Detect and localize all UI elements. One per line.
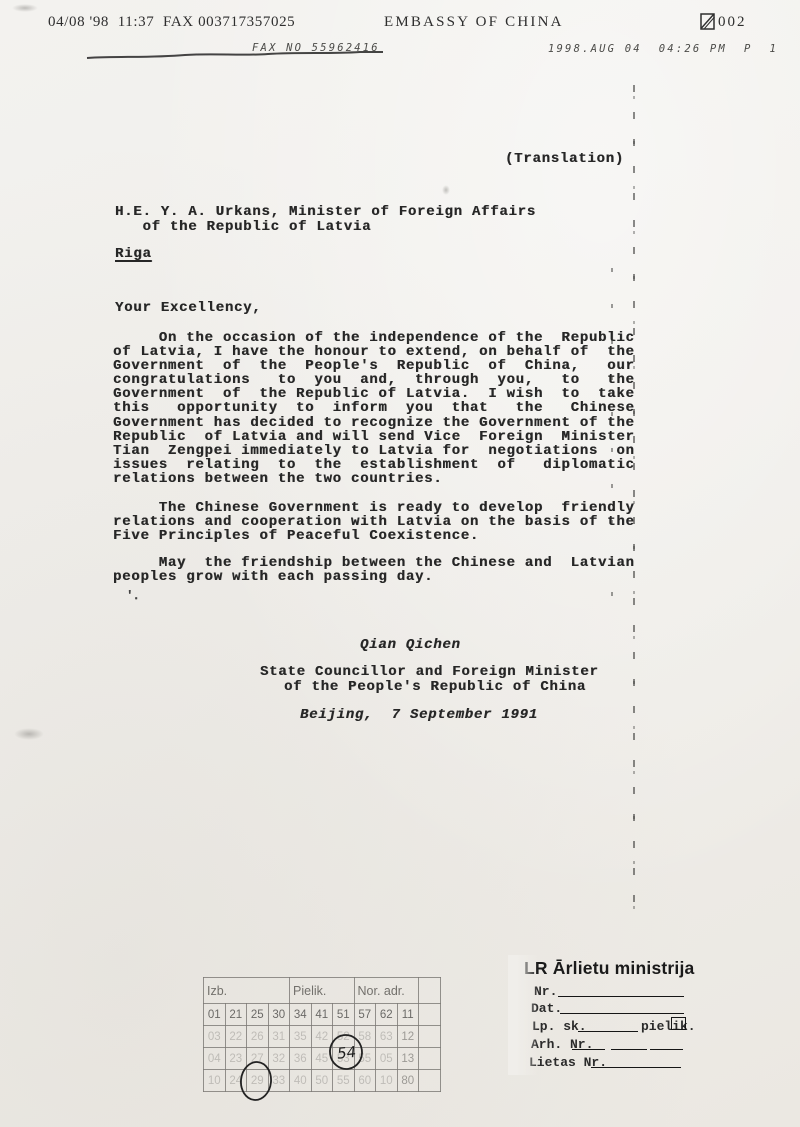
routing-stamp-cell: 60 (354, 1070, 376, 1092)
body-line: Government of the Republic of Latvia. I … (113, 387, 635, 401)
fax-number-stamp: FAX NO 55962416 (252, 42, 380, 54)
routing-stamp-cell: 04 (204, 1048, 226, 1070)
body-line: this opportunity to inform you that the … (113, 401, 635, 415)
pielik-checkbox (671, 1017, 686, 1030)
salutation: Your Excellency, (115, 300, 261, 316)
body-paragraph-1: On the occasion of the independence of t… (113, 331, 635, 486)
routing-stamp-cell: 58 (354, 1026, 376, 1048)
fax-artifact-dashed-line (633, 85, 635, 910)
routing-stamp-row: 10242933405055601080 (204, 1070, 441, 1092)
body-line: issues relating to the establishment of … (113, 458, 635, 472)
routing-stamp-cell: 45 (311, 1048, 333, 1070)
body-line: The Chinese Government is ready to devel… (113, 501, 635, 515)
blank-line (611, 1048, 647, 1050)
routing-stamp-cell: 23 (225, 1048, 247, 1070)
scan-smudge (14, 728, 44, 740)
body-line: of Latvia, I have the honour to extend, … (113, 345, 635, 359)
body-line: Government of the People's Republic of C… (113, 359, 635, 373)
blank-line (558, 995, 684, 997)
routing-stamp-cell: 13 (397, 1048, 419, 1070)
routing-stamp-cell: 57 (354, 1004, 376, 1026)
blank-line (578, 1030, 638, 1032)
signatory-title-1: State Councillor and Foreign Minister (260, 664, 599, 680)
scan-smudge (442, 185, 450, 195)
routing-stamp-cell: 55 (354, 1048, 376, 1070)
routing-stamp-cell: 52 (333, 1026, 355, 1048)
body-line: On the occasion of the independence of t… (113, 331, 635, 345)
recipient-line-1: H.E. Y. A. Urkans, Minister of Foreign A… (115, 204, 536, 220)
routing-stamp-cell: 40 (290, 1070, 312, 1092)
fax-document-page: 04/08 '98 11:37 FAX 003717357025 EMBASSY… (0, 0, 800, 1127)
routing-stamp-cell (419, 1004, 441, 1026)
routing-stamp-cell: 11 (397, 1004, 419, 1026)
recipient-line-2: of the Republic of Latvia (115, 219, 371, 235)
routing-stamp-cell: 63 (376, 1026, 398, 1048)
body-line: Tian Zengpei immediately to Latvia for n… (113, 444, 635, 458)
body-line: relations between the two countries. (113, 472, 635, 486)
routing-stamp-cell: 10 (204, 1070, 226, 1092)
routing-stamp-cell: 22 (225, 1026, 247, 1048)
blank-line (572, 1048, 605, 1050)
routing-stamp-cell: 32 (268, 1048, 290, 1070)
ministry-field-pielik: pielik. (641, 1019, 696, 1034)
fax-sender-name: EMBASSY OF CHINA (384, 14, 564, 31)
routing-stamp-cell: 42 (311, 1026, 333, 1048)
body-line: Republic of Latvia and will send Vice Fo… (113, 430, 635, 444)
routing-stamp-cell: 36 (290, 1048, 312, 1070)
translation-note: (Translation) (505, 151, 624, 167)
routing-stamp-header-cell: Izb. (204, 978, 290, 1004)
body-line: May the friendship between the Chinese a… (113, 556, 635, 570)
routing-stamp-cell: 12 (397, 1026, 419, 1048)
body-line: relations and cooperation with Latvia on… (113, 515, 635, 529)
routing-stamp-cell: 55 (333, 1070, 355, 1092)
blank-line (650, 1048, 683, 1050)
routing-stamp-cell: 21 (225, 1004, 247, 1026)
fax-datetime-header: 04/08 '98 11:37 FAX 003717357025 (48, 14, 295, 31)
routing-stamp-cell: 24 (225, 1070, 247, 1092)
routing-stamp-cell: 62 (376, 1004, 398, 1026)
routing-stamp-header-cell: Pielik. (290, 978, 355, 1004)
routing-stamp-cell: 31 (268, 1026, 290, 1048)
ministry-stamp: LR Ārlietu ministrija (524, 958, 694, 979)
routing-stamp-cell: 29 (247, 1070, 269, 1092)
body-paragraph-3: May the friendship between the Chinese a… (113, 556, 635, 584)
routing-stamp-row: 04232732364553550513 (204, 1048, 441, 1070)
blank-line (560, 1012, 684, 1014)
fax-page-number: 002 (718, 14, 747, 31)
routing-stamp-cell (419, 1070, 441, 1092)
routing-stamp-cell: 05 (376, 1048, 398, 1070)
routing-stamp-cell: 41 (311, 1004, 333, 1026)
fax-timestamp-stamp: 1998.AUG 04 04:26 PM P 1 (548, 43, 778, 55)
fax-page-icon (699, 11, 717, 36)
signature-dateline: Beijing, 7 September 1991 (300, 707, 538, 723)
routing-stamp-cell: 27 (247, 1048, 269, 1070)
routing-stamp-cell: 10 (376, 1070, 398, 1092)
routing-stamp-row: 01212530344151576211 (204, 1004, 441, 1026)
blank-line (591, 1066, 681, 1068)
routing-stamp-row: 03222631354252586312 (204, 1026, 441, 1048)
routing-stamp-cell (419, 1048, 441, 1070)
signatory-name: Qian Qichen (360, 637, 461, 653)
routing-stamp-cell: 25 (247, 1004, 269, 1026)
ministry-stamp-title: LR Ārlietu ministrija (524, 958, 694, 979)
routing-stamp-header-cell (419, 978, 441, 1004)
routing-stamp-cell (419, 1026, 441, 1048)
routing-stamp-cell: 30 (268, 1004, 290, 1026)
routing-stamp-cell: 03 (204, 1026, 226, 1048)
routing-stamp-cell: 26 (247, 1026, 269, 1048)
stray-mark: '․ (126, 588, 139, 603)
routing-stamp-cell: 51 (333, 1004, 355, 1026)
routing-stamp-header-cell: Nor. adr. (354, 978, 419, 1004)
body-line: congratulations to you and, through you,… (113, 373, 635, 387)
routing-stamp-cell: 33 (268, 1070, 290, 1092)
routing-stamp-table: Izb.Pielik.Nor. adr.01212530344151576211… (203, 977, 441, 1092)
signatory-title-2: of the People's Republic of China (284, 679, 586, 695)
body-paragraph-2: The Chinese Government is ready to devel… (113, 501, 635, 543)
routing-stamp-cell: 53 (333, 1048, 355, 1070)
routing-stamp-cell: 80 (397, 1070, 419, 1092)
routing-stamp-cell: 34 (290, 1004, 312, 1026)
recipient-city: Riga (115, 246, 152, 262)
body-line: peoples grow with each passing day. (113, 570, 635, 584)
body-line: Five Principles of Peaceful Coexistence. (113, 529, 635, 543)
scan-smudge (12, 4, 38, 12)
routing-stamp-cell: 35 (290, 1026, 312, 1048)
ministry-field-dat: Dat. (531, 1001, 562, 1016)
body-line: Government has decided to recognize the … (113, 416, 635, 430)
routing-stamp-cell: 50 (311, 1070, 333, 1092)
routing-stamp-header-row: Izb.Pielik.Nor. adr. (204, 978, 441, 1004)
routing-stamp-cell: 01 (204, 1004, 226, 1026)
ministry-field-nr: Nr. (534, 984, 557, 999)
